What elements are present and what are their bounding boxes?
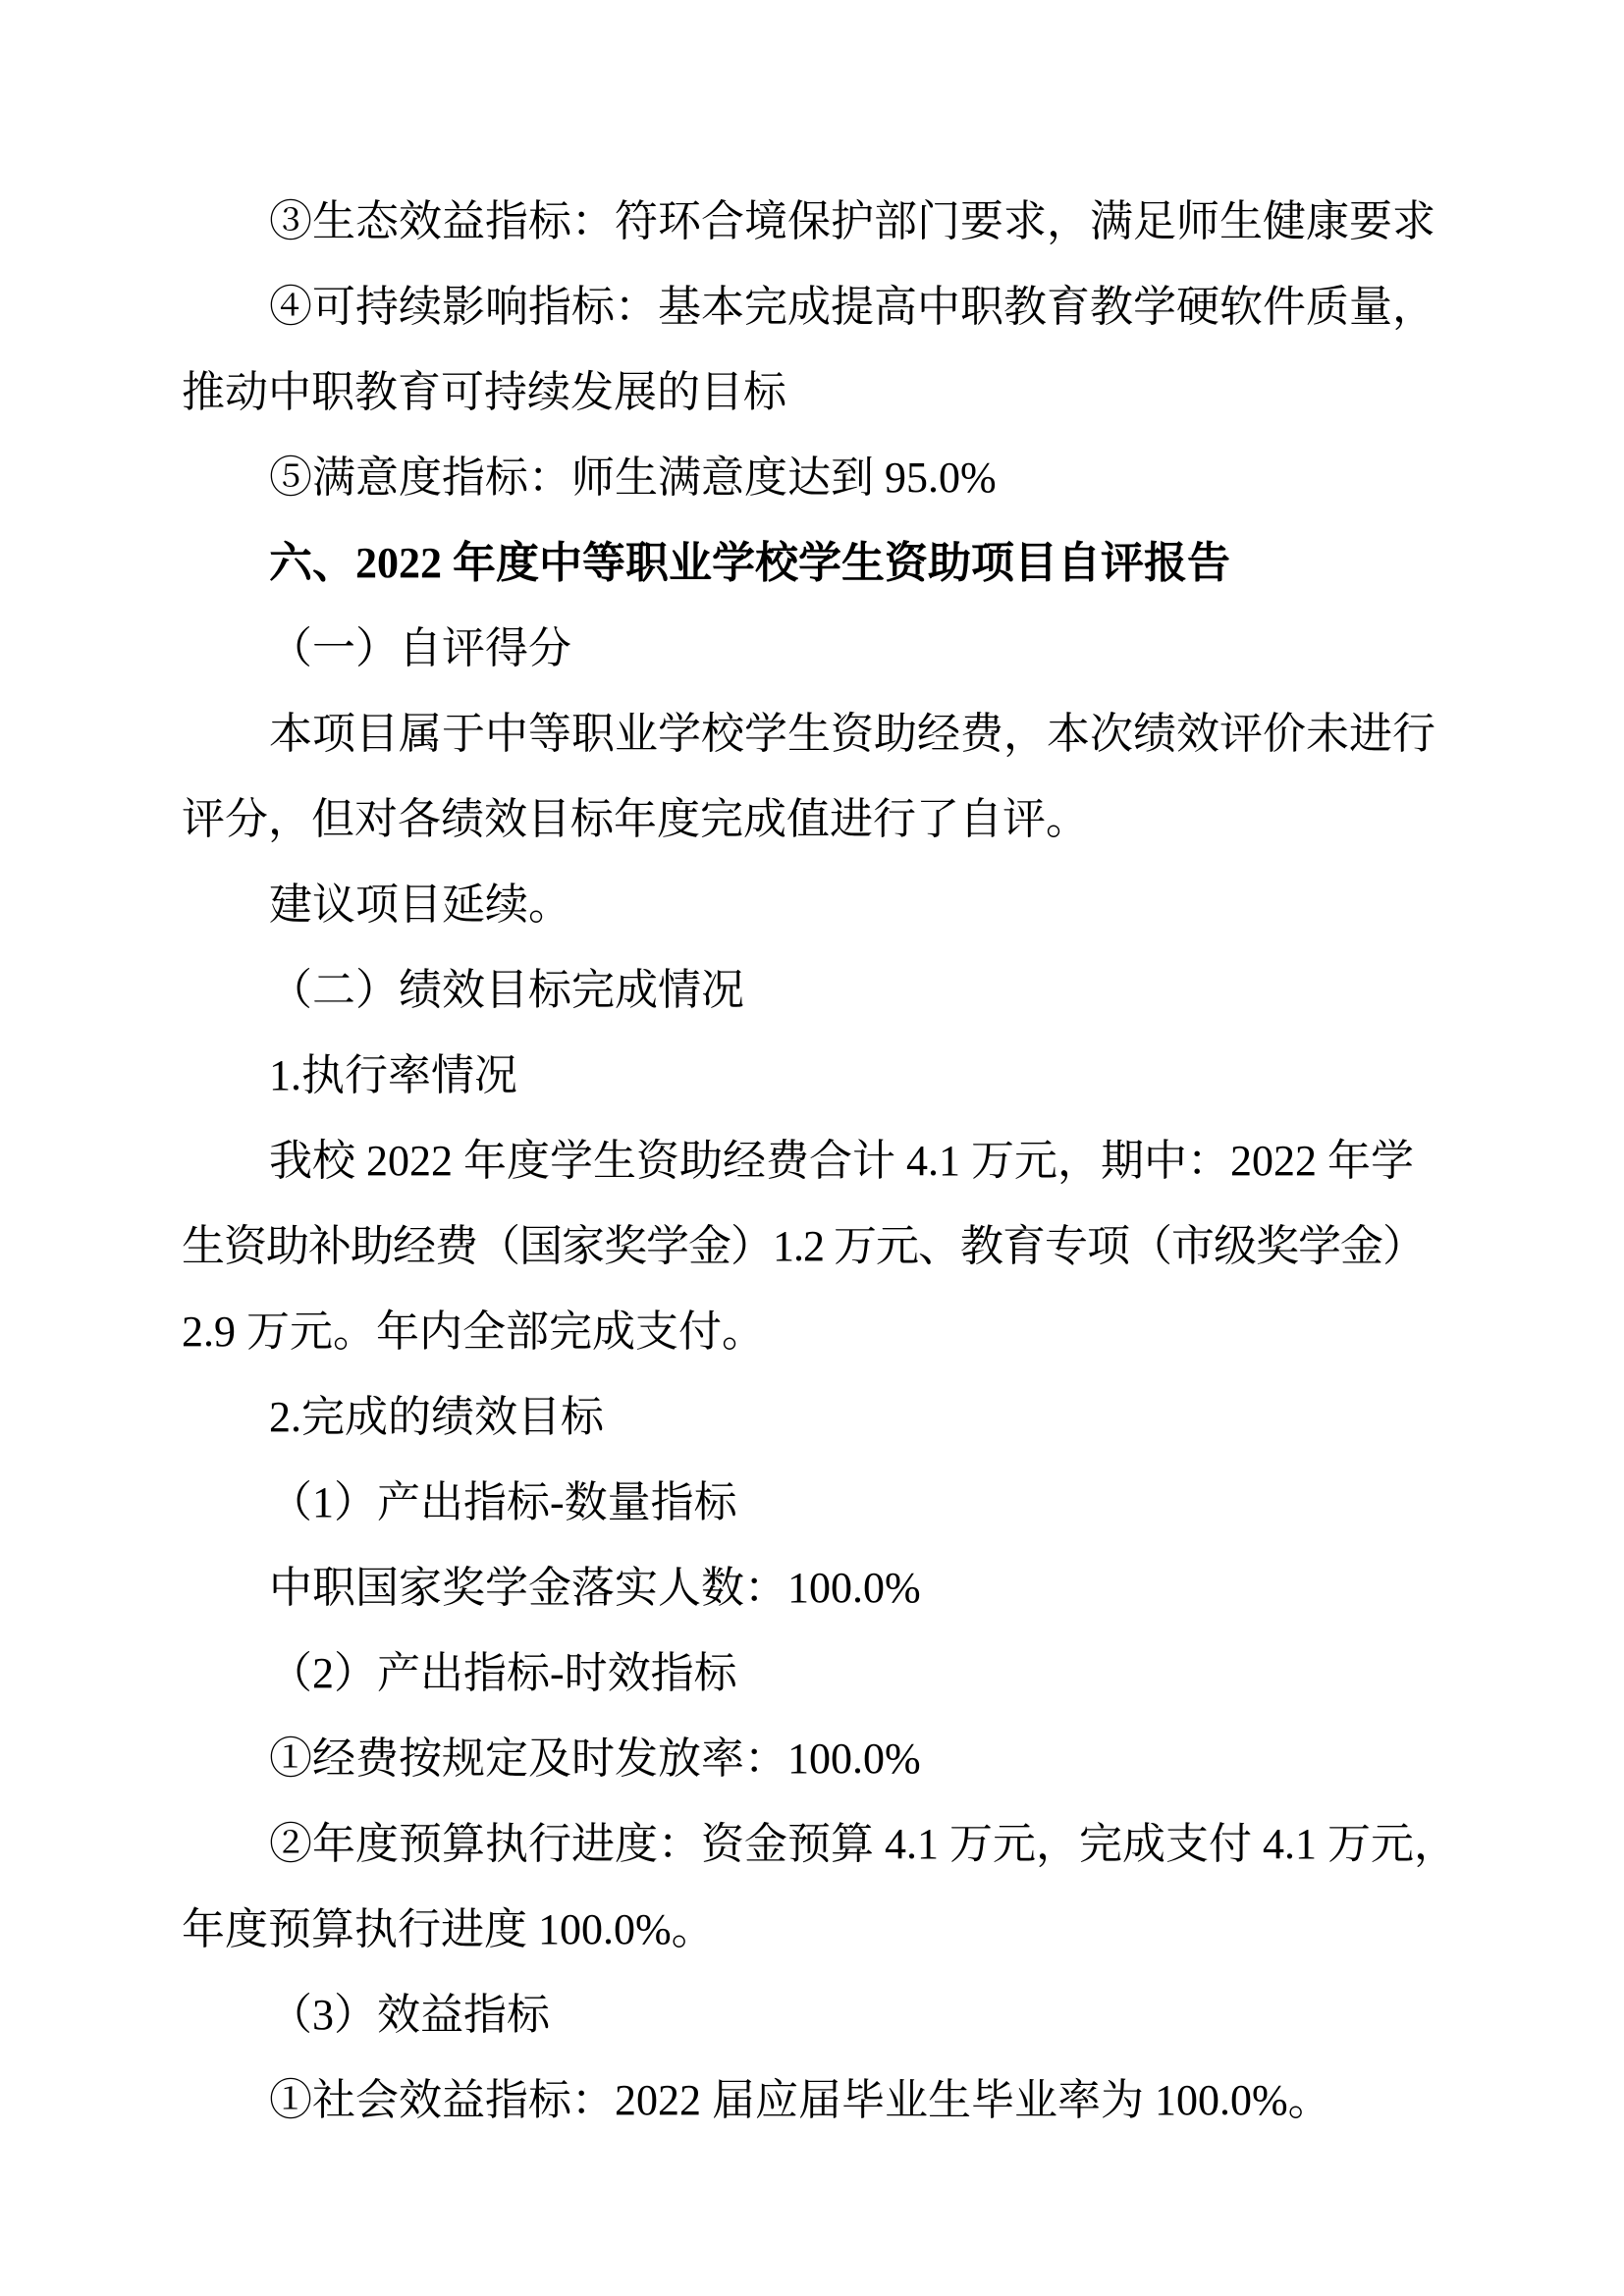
doc-line-budget-progress: ②年度预算执行进度：资金预算 4.1 万元，完成支付 4.1 万元，: [182, 1801, 1445, 1887]
doc-line-eco-benefit-indicator: ③生态效益指标：符环合境保护部门要求，满足师生健康要求: [182, 179, 1445, 264]
doc-line-satisfaction-indicator: ⑤满意度指标：师生满意度达到 95.0%: [182, 435, 1445, 520]
doc-line-execution-rate-heading: 1.执行率情况: [182, 1033, 1445, 1118]
doc-line-project-desc-cont: 评分，但对各绩效目标年度完成值进行了自评。: [182, 776, 1445, 862]
doc-line-sustainability-cont: 推动中职教育可持续发展的目标: [182, 349, 1445, 435]
doc-line-social-benefit-indicator: ①社会效益指标：2022 届应届毕业生毕业率为 100.0%。: [182, 2057, 1445, 2143]
section-heading: 六、2022 年度中等职业学校学生资助项目自评报告: [182, 520, 1445, 606]
doc-line-output-timeliness-heading: （2）产出指标-时效指标: [182, 1630, 1445, 1716]
doc-line-recommend-continue: 建议项目延续。: [182, 862, 1445, 947]
document-page: ③生态效益指标：符环合境保护部门要求，满足师生健康要求 ④可持续影响指标：基本完…: [0, 0, 1624, 2296]
doc-line-ontime-disbursement-rate: ①经费按规定及时发放率：100.0%: [182, 1716, 1445, 1801]
doc-line-budget-progress-cont: 年度预算执行进度 100.0%。: [182, 1887, 1445, 1972]
doc-line-self-score-subheading: （一）自评得分: [182, 606, 1445, 691]
doc-line-completed-goals-heading: 2.完成的绩效目标: [182, 1374, 1445, 1460]
doc-line-scholarship-headcount: 中职国家奖学金落实人数：100.0%: [182, 1545, 1445, 1630]
doc-line-sustainability-indicator: ④可持续影响指标：基本完成提高中职教育教学硬软件质量，: [182, 264, 1445, 349]
doc-line-benefit-indicator-heading: （3）效益指标: [182, 1972, 1445, 2057]
doc-line-goal-completion-subheading: （二）绩效目标完成情况: [182, 947, 1445, 1033]
doc-line-output-quantity-heading: （1）产出指标-数量指标: [182, 1460, 1445, 1545]
doc-line-funding-paid: 2.9 万元。年内全部完成支付。: [182, 1289, 1445, 1374]
doc-line-funding-breakdown: 生资助补助经费（国家奖学金）1.2 万元、教育专项（市级奖学金）: [182, 1203, 1445, 1289]
doc-line-funding-total: 我校 2022 年度学生资助经费合计 4.1 万元，期中：2022 年学: [182, 1118, 1445, 1203]
doc-line-project-desc: 本项目属于中等职业学校学生资助经费，本次绩效评价未进行: [182, 691, 1445, 776]
document-text-block: ③生态效益指标：符环合境保护部门要求，满足师生健康要求 ④可持续影响指标：基本完…: [182, 179, 1445, 2143]
